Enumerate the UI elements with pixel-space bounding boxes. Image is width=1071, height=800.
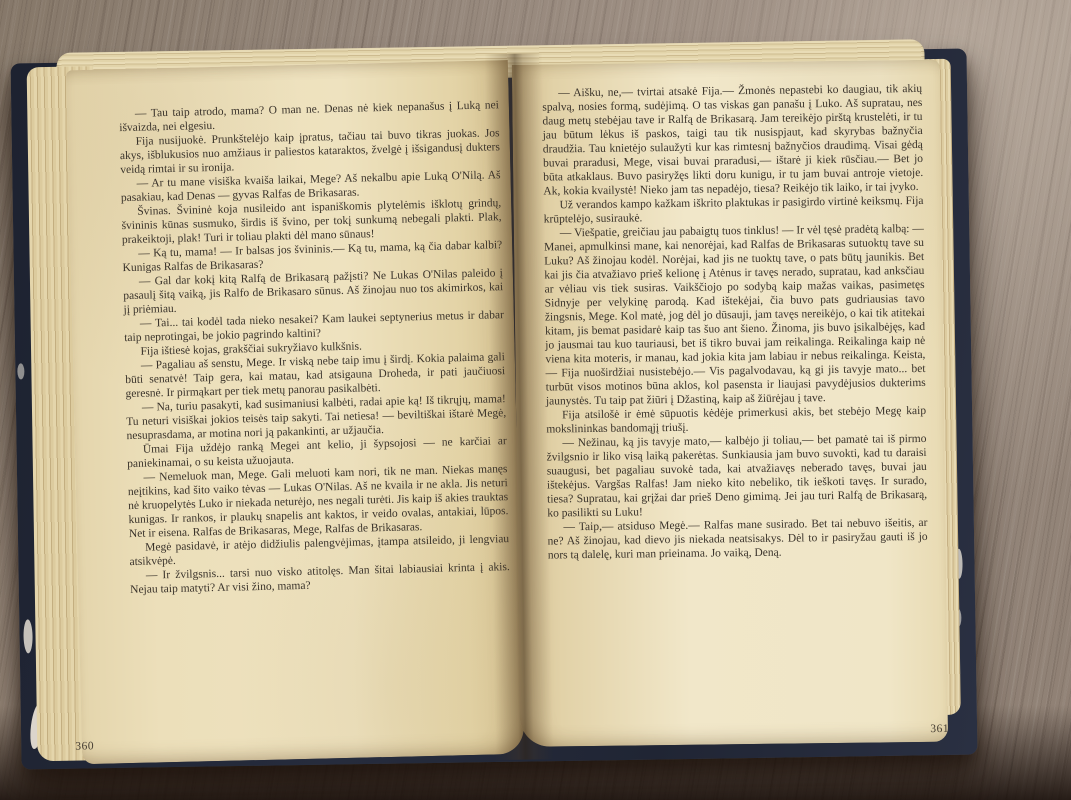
paragraph: — Nežinau, ką jis tavyje mato,— kalbėjo … (546, 432, 927, 521)
cover-wear-mark (17, 363, 24, 379)
paragraph: — Taip,— atsiduso Megė.— Ralfas mane sus… (547, 516, 927, 563)
right-page-text: — Aišku, ne,— tvirtai atsakė Fija.— Žmon… (542, 82, 928, 563)
page-number-left: 360 (75, 740, 94, 752)
right-page: — Aišku, ne,— tvirtai atsakė Fija.— Žmon… (512, 60, 948, 747)
left-page-text: — Tau taip atrodo, mama? O man ne. Denas… (119, 98, 510, 597)
paragraph: — Nemeluok man, Mege. Gali meluoti kam n… (127, 462, 509, 541)
paragraph: — Aišku, ne,— tvirtai atsakė Fija.— Žmon… (542, 82, 923, 199)
page-number-right: 361 (930, 723, 949, 735)
open-book: — Tau taip atrodo, mama? O man ne. Denas… (10, 35, 977, 780)
photo-of-open-book: — Tau taip atrodo, mama? O man ne. Denas… (0, 0, 1071, 800)
left-page: — Tau taip atrodo, mama? O man ne. Denas… (66, 60, 524, 764)
paragraph: — Viešpatie, greičiau jau pabaigtų tuos … (544, 222, 926, 409)
cover-wear-mark (23, 619, 33, 653)
